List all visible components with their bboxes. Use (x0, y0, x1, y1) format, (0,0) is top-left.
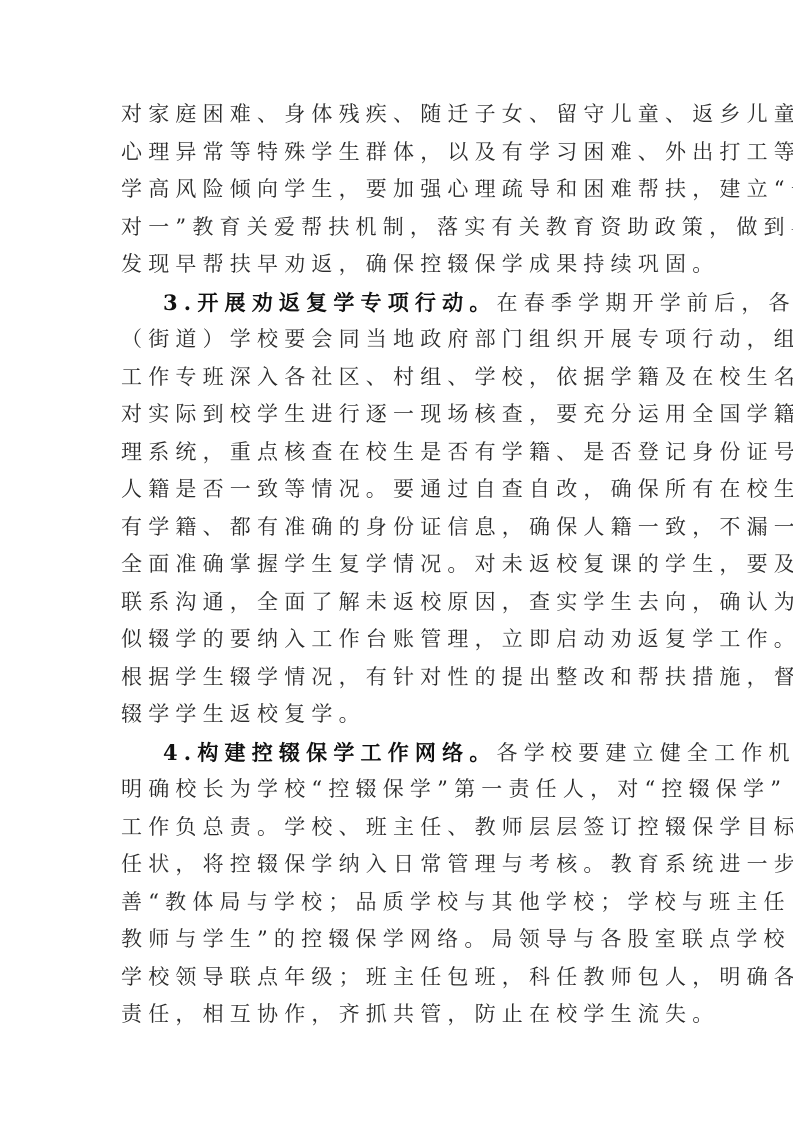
text-line: 有学籍、都有准确的身份证信息，确保人籍一致，不漏一人， (121, 509, 677, 547)
text-line: 学校领导联点年级；班主任包班，科任教师包人，明确各自 (121, 959, 677, 997)
paragraph-continuation: 对家庭困难、身体残疾、随迁子女、留守儿童、返乡儿童、 心理异常等特殊学生群体，以… (121, 96, 677, 284)
text-line: 人籍是否一致等情况。要通过自查自改，确保所有在校生都 (121, 471, 677, 509)
text-line: 对一”教育关爱帮扶机制，落实有关教育资助政策，做到早 (121, 209, 677, 247)
text-line: 善“教体局与学校；品质学校与其他学校；学校与班主任； (121, 884, 677, 922)
text-line: （街道）学校要会同当地政府部门组织开展专项行动，组建 (121, 321, 677, 359)
text-line: 联系沟通，全面了解未返校原因，查实学生去向，确认为疑 (121, 584, 677, 622)
text-line: 学高风险倾向学生，要加强心理疏导和困难帮扶，建立“一 (121, 171, 677, 209)
text-line: 心理异常等特殊学生群体，以及有学习困难、外出打工等辍 (121, 134, 677, 172)
text-line: 工作专班深入各社区、村组、学校，依据学籍及在校生名册 (121, 359, 677, 397)
text-line: 理系统，重点核查在校生是否有学籍、是否登记身份证号、 (121, 434, 677, 472)
text-run: 各学校要建立健全工作机制， (497, 741, 793, 765)
text-line: 责任，相互协作，齐抓共管，防止在校学生流失。 (121, 996, 677, 1034)
paragraph-3: 3.开展劝返复学专项行动。在春季学期开学前后，各镇 （街道）学校要会同当地政府部… (121, 284, 677, 734)
paragraph-4: 4.构建控辍保学工作网络。各学校要建立健全工作机制， 明确校长为学校“控辍保学”… (121, 734, 677, 1034)
section-heading-3: 3.开展劝返复学专项行动。 (163, 290, 497, 315)
text-line: 似辍学的要纳入工作台账管理，立即启动劝返复学工作。并 (121, 621, 677, 659)
text-line: 工作负总责。学校、班主任、教师层层签订控辍保学目标责 (121, 809, 677, 847)
text-line: 明确校长为学校“控辍保学”第一责任人，对“控辍保学” (121, 771, 677, 809)
text-run: 在春季学期开学前后，各镇 (497, 291, 793, 315)
text-line: 发现早帮扶早劝返，确保控辍保学成果持续巩固。 (121, 246, 677, 284)
paragraph-first-line: 4.构建控辍保学工作网络。各学校要建立健全工作机制， (121, 734, 677, 772)
text-line: 对家庭困难、身体残疾、随迁子女、留守儿童、返乡儿童、 (121, 96, 677, 134)
text-line: 教师与学生”的控辍保学网络。局领导与各股室联点学校； (121, 921, 677, 959)
section-heading-4: 4.构建控辍保学工作网络。 (163, 740, 497, 765)
text-line: 对实际到校学生进行逐一现场核查，要充分运用全国学籍管 (121, 396, 677, 434)
paragraph-first-line: 3.开展劝返复学专项行动。在春季学期开学前后，各镇 (121, 284, 677, 322)
document-page: 对家庭困难、身体残疾、随迁子女、留守儿童、返乡儿童、 心理异常等特殊学生群体，以… (121, 96, 677, 1034)
text-line: 全面准确掌握学生复学情况。对未返校复课的学生，要及时 (121, 546, 677, 584)
text-line: 任状，将控辍保学纳入日常管理与考核。教育系统进一步完 (121, 846, 677, 884)
text-line: 根据学生辍学情况，有针对性的提出整改和帮扶措施，督促 (121, 659, 677, 697)
text-line: 辍学学生返校复学。 (121, 696, 677, 734)
